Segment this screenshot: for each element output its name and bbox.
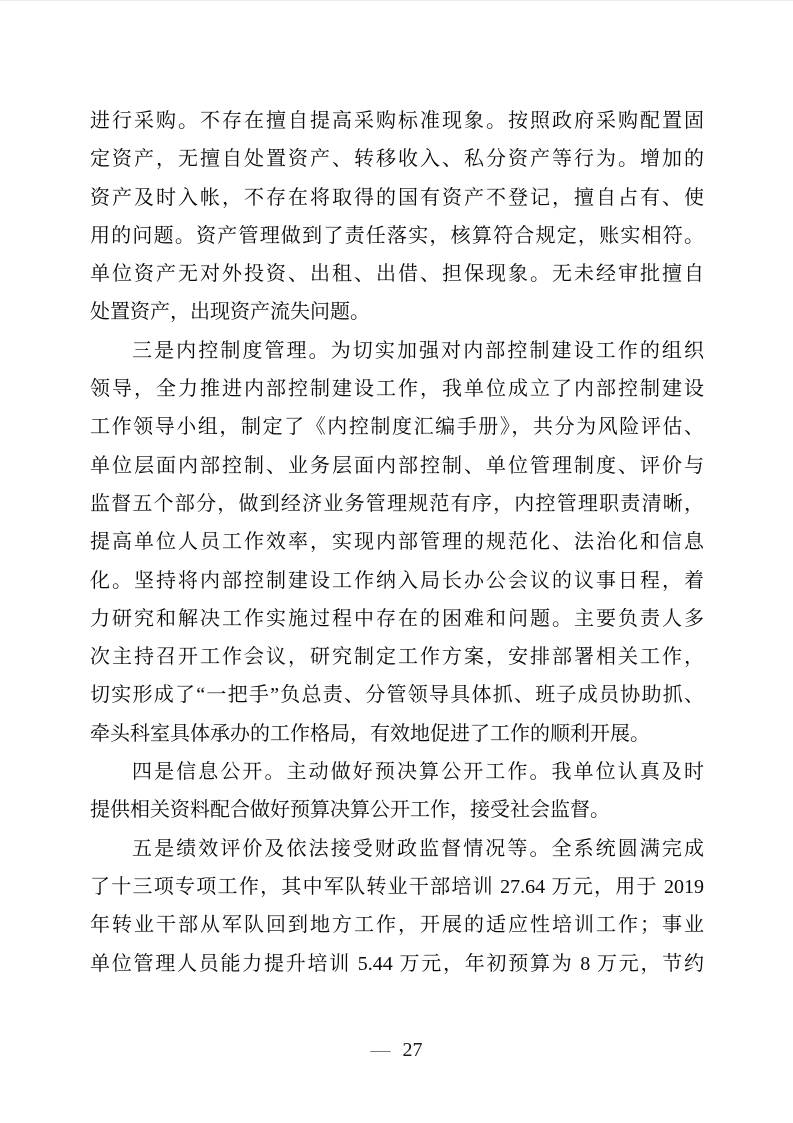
text-line: 年转业干部从军队回到地方工作，开展的适应性培训工作；事业 <box>90 906 704 944</box>
text-line: 单位层面内部控制、业务层面内部控制、单位管理制度、评价与 <box>90 447 704 485</box>
page-number-dash: — <box>371 1039 391 1061</box>
text-line: 切实形成了“一把手”负总责、分管领导具体抓、班子成员协助抓、 <box>90 676 704 714</box>
document-page: 进行采购。不存在擅自提高采购标准现象。按照政府采购配置固定资产，无擅自处置资产、… <box>0 0 793 1123</box>
text-line: 工作领导小组，制定了《内控制度汇编手册》，共分为风险评估、 <box>90 408 704 446</box>
text-line: 五是绩效评价及依法接受财政监督情况等。全系统圆满完成 <box>90 830 704 868</box>
text-line: 单位管理人员能力提升培训 5.44 万元，年初预算为 8 万元，节约 <box>90 945 704 983</box>
text-line: 定资产，无擅自处置资产、转移收入、私分资产等行为。增加的 <box>90 140 704 178</box>
text-line: 领导，全力推进内部控制建设工作，我单位成立了内部控制建设 <box>90 370 704 408</box>
text-line: 资产及时入帐，不存在将取得的国有资产不登记，擅自占有、使 <box>90 179 704 217</box>
text-line: 牵头科室具体承办的工作格局，有效地促进了工作的顺利开展。 <box>90 715 704 753</box>
text-line: 力研究和解决工作实施过程中存在的困难和问题。主要负责人多 <box>90 600 704 638</box>
text-line: 进行采购。不存在擅自提高采购标准现象。按照政府采购配置固 <box>90 102 704 140</box>
text-line: 提供相关资料配合做好预算决算公开工作，接受社会监督。 <box>90 791 704 829</box>
body-text: 进行采购。不存在擅自提高采购标准现象。按照政府采购配置固定资产，无擅自处置资产、… <box>90 102 704 983</box>
page-footer: —27 <box>0 1037 793 1063</box>
text-line: 三是内控制度管理。为切实加强对内部控制建设工作的组织 <box>90 332 704 370</box>
text-line: 四是信息公开。主动做好预决算公开工作。我单位认真及时 <box>90 753 704 791</box>
text-line: 次主持召开工作会议，研究制定工作方案，安排部署相关工作， <box>90 638 704 676</box>
text-line: 了十三项专项工作，其中军队转业干部培训 27.64 万元，用于 2019 <box>90 868 704 906</box>
text-line: 处置资产，出现资产流失问题。 <box>90 293 704 331</box>
text-line: 化。坚持将内部控制建设工作纳入局长办公会议的议事日程，着 <box>90 562 704 600</box>
text-line: 提高单位人员工作效率，实现内部管理的规范化、法治化和信息 <box>90 523 704 561</box>
text-line: 监督五个部分，做到经济业务管理规范有序，内控管理职责清晰， <box>90 485 704 523</box>
text-line: 用的问题。资产管理做到了责任落实，核算符合规定，账实相符。 <box>90 217 704 255</box>
text-line: 单位资产无对外投资、出租、出借、担保现象。无未经审批擅自 <box>90 255 704 293</box>
page-number: 27 <box>403 1039 423 1061</box>
